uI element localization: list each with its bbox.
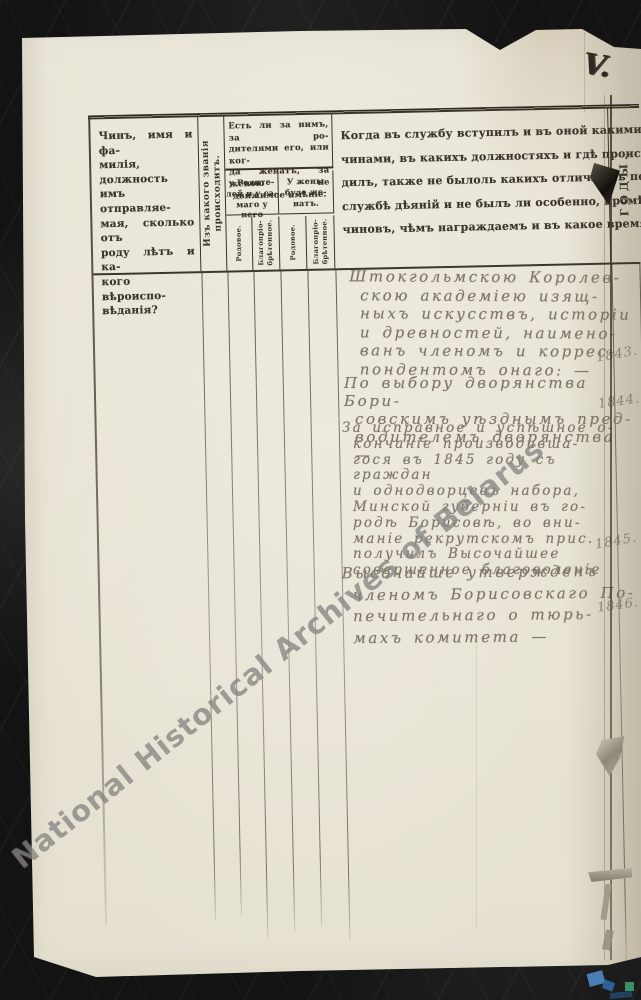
green-binding-speck bbox=[625, 982, 634, 991]
column-header-origin: Изъ какого званіяпроисходитъ. bbox=[198, 116, 227, 272]
leaf-header-ancestral-1: Родовое. bbox=[226, 217, 253, 271]
acquired-label: Благопріо-брѣтенное. bbox=[311, 219, 330, 265]
binding-fold-line bbox=[604, 95, 605, 960]
handwritten-page-mark: V. bbox=[581, 46, 614, 84]
column-header-service-record: Когда въ службу вступилъ и въ оной каким… bbox=[332, 108, 611, 269]
scanned-archive-page: Чинъ, имя и фа-милія, должностьимъ отпра… bbox=[0, 0, 641, 1000]
column-rule bbox=[201, 271, 216, 921]
handwritten-entry-1: Штокгольмскою Королев-скою академіею изя… bbox=[349, 267, 632, 379]
column-rule bbox=[280, 269, 295, 931]
leaf-header-acquired-1: Благопріо-брѣтенное. bbox=[252, 216, 280, 270]
ancestral-label: Родовое. bbox=[234, 225, 244, 261]
subheader-wife-property: У женыбуде же-натъ. bbox=[278, 170, 334, 214]
column-header-rank-name: Чинъ, имя и фа-милія, должностьимъ отпра… bbox=[90, 116, 201, 273]
ancestral-label: Родовое. bbox=[288, 224, 298, 260]
binding-edge-line bbox=[610, 95, 612, 960]
column-group-header-property: Есть ли за нимъ, за ро-дителями его, или… bbox=[224, 113, 333, 170]
column-rule bbox=[227, 271, 242, 916]
leaf-header-ancestral-2: Родовое. bbox=[279, 216, 307, 270]
subheader-parents-property: у Родите-лей и у са-маго у него bbox=[225, 172, 279, 216]
column-rule bbox=[253, 270, 268, 938]
years-vertical-label: ГОДЫ. bbox=[617, 153, 631, 217]
origin-vertical-label: Изъ какого званіяпроисходитъ. bbox=[200, 140, 224, 247]
leaf-header-acquired-2: Благопріо-брѣтенное. bbox=[306, 215, 335, 269]
acquired-label: Благопріо-брѣтенное. bbox=[256, 220, 275, 266]
